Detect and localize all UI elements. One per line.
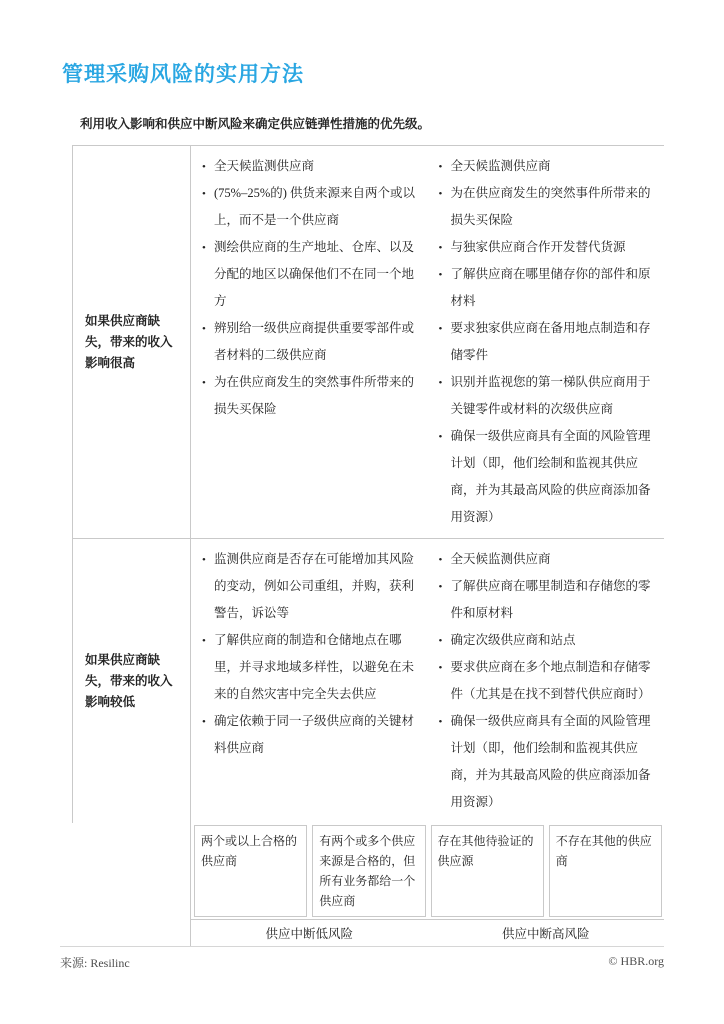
category-cell-unvalidated-sources: 存在其他待验证的供应源 bbox=[431, 825, 544, 917]
category-cell-no-other-suppliers: 不存在其他的供应商 bbox=[549, 825, 662, 917]
bullet-item: 识别并监视您的第一梯队供应商用于关键零件或材料的次级供应商 bbox=[438, 369, 661, 423]
category-cell-qualified-but-single-source: 有两个或多个供应来源是合格的，但所有业务都给一个供应商 bbox=[312, 825, 425, 917]
bullet-item: 全天候监测供应商 bbox=[438, 153, 661, 180]
bullet-item: 了解供应商的制造和仓储地点在哪里，并寻求地域多样性，以避免在未来的自然灾害中完全… bbox=[201, 627, 424, 708]
bullet-item: 了解供应商在哪里制造和存储您的零件和原材料 bbox=[438, 573, 661, 627]
bottom-left-spacer bbox=[72, 823, 190, 946]
source-credit: 来源: Resilinc bbox=[60, 954, 130, 971]
risk-priority-matrix: 如果供应商缺失，带来的收入影响很高 全天候监测供应商(75%–25%的) 供货来… bbox=[72, 145, 664, 946]
row-label-high-impact: 如果供应商缺失，带来的收入影响很高 bbox=[72, 146, 190, 538]
row-content-low-impact: 监测供应商是否存在可能增加其风险的变动，例如公司重组，并购，获利警告，诉讼等了解… bbox=[190, 539, 664, 823]
bullet-item: 全天候监测供应商 bbox=[201, 153, 424, 180]
bottom-content: 两个或以上合格的供应商 有两个或多个供应来源是合格的，但所有业务都给一个供应商 … bbox=[190, 823, 664, 946]
bullet-item: 辨别给一级供应商提供重要零部件或者材料的二级供应商 bbox=[201, 315, 424, 369]
bullet-item: 确保一级供应商具有全面的风险管理计划（即，他们绘制和监视其供应商，并为其最高风险… bbox=[438, 708, 661, 816]
page: 管理采购风险的实用方法 利用收入影响和供应中断风险来确定供应链弹性措施的优先级。… bbox=[0, 0, 724, 1024]
bullet-item: 与独家供应商合作开发替代货源 bbox=[438, 234, 661, 261]
bullet-list-high-impact-high-risk: 全天候监测供应商为在供应商发生的突然事件所带来的损失买保险与独家供应商合作开发替… bbox=[428, 146, 665, 538]
bullet-item: 确定依赖于同一子级供应商的关键材料供应商 bbox=[201, 708, 424, 762]
bullet-item: 测绘供应商的生产地址、仓库、以及分配的地区以确保他们不在同一个地方 bbox=[201, 234, 424, 315]
category-cell-two-qualified-suppliers: 两个或以上合格的供应商 bbox=[194, 825, 307, 917]
bullet-list-high-impact-low-risk: 全天候监测供应商(75%–25%的) 供货来源来自两个或以上，而不是一个供应商测… bbox=[191, 146, 428, 538]
x-axis-label-low-risk: 供应中断低风险 bbox=[191, 924, 428, 942]
bullet-item: 为在供应商发生的突然事件所带来的损失买保险 bbox=[438, 180, 661, 234]
row-content-high-impact: 全天候监测供应商(75%–25%的) 供货来源来自两个或以上，而不是一个供应商测… bbox=[190, 146, 664, 538]
bullet-item: (75%–25%的) 供货来源来自两个或以上，而不是一个供应商 bbox=[201, 180, 424, 234]
matrix-row-low-impact: 如果供应商缺失，带来的收入影响较低 监测供应商是否存在可能增加其风险的变动，例如… bbox=[72, 538, 664, 823]
bullet-item: 全天候监测供应商 bbox=[438, 546, 661, 573]
bullet-item: 确定次级供应商和站点 bbox=[438, 627, 661, 654]
bullet-item: 为在供应商发生的突然事件所带来的损失买保险 bbox=[201, 369, 424, 423]
x-axis-label-high-risk: 供应中断高风险 bbox=[428, 924, 665, 942]
matrix-row-high-impact: 如果供应商缺失，带来的收入影响很高 全天候监测供应商(75%–25%的) 供货来… bbox=[72, 145, 664, 538]
bullet-item: 要求供应商在多个地点制造和存储零件（尤其是在找不到替代供应商时） bbox=[438, 654, 661, 708]
footer: 来源: Resilinc © HBR.org bbox=[60, 947, 664, 971]
page-title: 管理采购风险的实用方法 bbox=[62, 58, 664, 88]
page-subtitle: 利用收入影响和供应中断风险来确定供应链弹性措施的优先级。 bbox=[80, 114, 664, 132]
bullet-item: 要求独家供应商在备用地点制造和存储零件 bbox=[438, 315, 661, 369]
x-axis-labels: 供应中断低风险 供应中断高风险 bbox=[191, 920, 664, 946]
bullet-item: 监测供应商是否存在可能增加其风险的变动，例如公司重组，并购，获利警告，诉讼等 bbox=[201, 546, 424, 627]
supplier-category-row: 两个或以上合格的供应商 有两个或多个供应来源是合格的，但所有业务都给一个供应商 … bbox=[191, 823, 664, 920]
bullet-list-low-impact-high-risk: 全天候监测供应商了解供应商在哪里制造和存储您的零件和原材料确定次级供应商和站点要… bbox=[428, 539, 665, 823]
hbr-credit: © HBR.org bbox=[608, 954, 664, 971]
row-label-low-impact: 如果供应商缺失，带来的收入影响较低 bbox=[72, 539, 190, 823]
bullet-item: 确保一级供应商具有全面的风险管理计划（即，他们绘制和监视其供应商，并为其最高风险… bbox=[438, 423, 661, 531]
bullet-item: 了解供应商在哪里储存你的部件和原材料 bbox=[438, 261, 661, 315]
bullet-list-low-impact-low-risk: 监测供应商是否存在可能增加其风险的变动，例如公司重组，并购，获利警告，诉讼等了解… bbox=[191, 539, 428, 823]
matrix-bottom-section: 两个或以上合格的供应商 有两个或多个供应来源是合格的，但所有业务都给一个供应商 … bbox=[72, 823, 664, 946]
